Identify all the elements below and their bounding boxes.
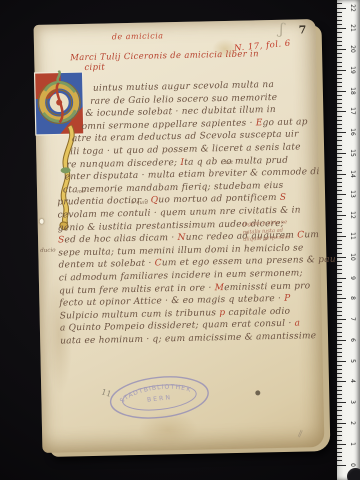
ruler-major-tick <box>337 444 346 445</box>
ruler-minor-tick <box>337 107 342 108</box>
ruler-minor-tick <box>337 74 342 75</box>
ruler-minor-tick <box>337 12 342 13</box>
ruler-minor-tick <box>337 182 342 183</box>
ruler-minor-tick <box>337 344 342 345</box>
ruler-major-tick <box>337 70 346 71</box>
ruler-minor-tick <box>337 307 342 308</box>
ruler-major-tick <box>337 298 346 299</box>
ruler-minor-tick <box>337 136 342 137</box>
ruler-minor-tick <box>337 178 342 179</box>
ruler-minor-tick <box>337 157 342 158</box>
ruler-number: 6 <box>348 334 356 346</box>
stamp-text-bottom: BERN <box>147 394 173 404</box>
ruler-minor-tick <box>337 170 342 171</box>
ruler-minor-tick <box>337 78 342 79</box>
ruler-major-tick <box>337 111 346 112</box>
ruler-minor-tick <box>337 32 342 33</box>
folio-number: 7 <box>299 23 307 36</box>
ruler-minor-tick <box>337 186 342 187</box>
ruler-minor-tick <box>337 66 342 67</box>
ruler-number: 0 <box>348 459 356 471</box>
ruler-minor-tick <box>337 431 342 432</box>
ruler-minor-tick <box>337 282 342 283</box>
ruler-major-tick <box>337 423 346 424</box>
ruler-minor-tick <box>337 16 342 17</box>
ruler-minor-tick <box>337 86 342 87</box>
ruler-minor-tick <box>337 448 342 449</box>
ruler-minor-tick <box>337 269 342 270</box>
ruler-minor-tick <box>337 161 342 162</box>
library-stamp: STADTBIBLIOTHEK BERN <box>105 369 213 426</box>
ruler-minor-tick <box>337 95 342 96</box>
ruler-minor-tick <box>337 327 342 328</box>
ruler-minor-tick <box>337 365 342 366</box>
ruler-minor-tick <box>337 165 342 166</box>
ruler-major-tick <box>337 153 346 154</box>
manuscript-page: de amicicia ʃ 7 N. 17, fol. 6 Marci Tuli… <box>34 19 325 453</box>
ruler-minor-tick <box>337 415 342 416</box>
ruler-number: 15 <box>348 147 356 159</box>
ruler-minor-tick <box>337 228 342 229</box>
ruler-minor-tick <box>337 294 342 295</box>
ruler-number: 22 <box>348 2 356 14</box>
ruler-minor-tick <box>337 3 342 4</box>
ruler-number: 14 <box>348 168 356 180</box>
ruler-minor-tick <box>337 120 342 121</box>
ruler-number: 16 <box>348 126 356 138</box>
ruler-number: 19 <box>348 64 356 76</box>
ruler-minor-tick <box>337 140 342 141</box>
interlinear-gloss: e quid <box>131 200 148 206</box>
ruler-minor-tick <box>337 149 342 150</box>
ruler-minor-tick <box>337 323 342 324</box>
ruler-minor-tick <box>337 390 342 391</box>
rubricated-letter: N <box>178 233 186 243</box>
ruler-major-tick <box>337 49 346 50</box>
text-segment: eminissti eum pro <box>224 281 310 293</box>
ruler-minor-tick <box>337 62 342 63</box>
ruler-number: 11 <box>348 230 356 242</box>
text-segment: re nunquam discedere; <box>66 158 180 170</box>
ruler-minor-tick <box>337 20 342 21</box>
ruler-minor-tick <box>337 386 342 387</box>
ruler-number: 10 <box>348 251 356 263</box>
ruler-minor-tick <box>337 190 342 191</box>
ruler-major-tick <box>337 340 346 341</box>
ruler-major-tick <box>337 236 346 237</box>
ruler-number: 3 <box>348 396 356 408</box>
ruler-minor-tick <box>337 398 342 399</box>
ruler-minor-tick <box>337 45 342 46</box>
ruler-minor-tick <box>337 211 342 212</box>
ruler-minor-tick <box>337 348 342 349</box>
text-segment: ta q ab eo multa prud <box>184 155 288 167</box>
ruler: 012345678910111213141516171819202122 <box>337 0 360 480</box>
parchment-stain <box>255 390 260 395</box>
ruler-minor-tick <box>337 373 342 374</box>
ruler-major-tick <box>337 174 346 175</box>
ruler-number: 20 <box>348 43 356 55</box>
ruler-minor-tick <box>337 356 342 357</box>
ruler-number: 8 <box>348 292 356 304</box>
ruler-minor-tick <box>337 336 342 337</box>
ruler-minor-tick <box>337 332 342 333</box>
ruler-minor-tick <box>337 377 342 378</box>
ruler-major-tick <box>337 257 346 258</box>
text-block: uintus mutius augur scevola multa narare… <box>55 78 308 348</box>
ruler-minor-tick <box>337 232 342 233</box>
ruler-minor-tick <box>337 99 342 100</box>
ruler-number: 1 <box>348 438 356 450</box>
pencil-squiggle: ʃ <box>278 20 285 38</box>
rubricated-letter: S <box>280 193 287 203</box>
ruler-minor-tick <box>337 410 342 411</box>
ruler-number: 18 <box>348 85 356 97</box>
ruler-minor-tick <box>337 452 342 453</box>
manuscript-photo: de amicicia ʃ 7 N. 17, fol. 6 Marci Tuli… <box>0 0 360 480</box>
ruler-minor-tick <box>337 53 342 54</box>
left-margin-gloss: ducio <box>40 248 55 254</box>
rubricated-letter: P <box>284 294 291 304</box>
ruler-minor-tick <box>337 427 342 428</box>
ruler-minor-tick <box>337 419 342 420</box>
ruler-number: 5 <box>348 355 356 367</box>
right-margin-note: Ingenii e uiris nenatalis iusta adaliqui… <box>242 218 309 244</box>
rubric-incipit-line1: Marci Tulij Ciceronis de amicicia liber … <box>70 49 259 63</box>
text-segment: capitale odio <box>225 306 290 317</box>
text-segment: um et ego essem una presens & pau <box>162 255 336 269</box>
ruler-minor-tick <box>337 265 342 266</box>
ruler-minor-tick <box>337 290 342 291</box>
ruler-major-tick <box>337 91 346 92</box>
interlinear-gloss: bat <box>224 160 233 166</box>
ruler-minor-tick <box>337 82 342 83</box>
ruler-minor-tick <box>337 203 342 204</box>
text-segment: dentem ut solebat · <box>58 259 154 271</box>
ruler-minor-tick <box>337 244 342 245</box>
ruler-minor-tick <box>337 253 342 254</box>
ruler-minor-tick <box>337 103 342 104</box>
ruler-minor-tick <box>337 369 342 370</box>
ruler-major-tick <box>337 381 346 382</box>
ruler-minor-tick <box>337 352 342 353</box>
ruler-minor-tick <box>337 435 342 436</box>
ruler-minor-tick <box>337 406 342 407</box>
ruler-minor-tick <box>337 460 342 461</box>
ruler-minor-tick <box>337 116 342 117</box>
ruler-major-tick <box>337 132 346 133</box>
ruler-minor-tick <box>337 248 342 249</box>
ruler-major-tick <box>337 194 346 195</box>
ruler-major-tick <box>337 319 346 320</box>
ruler-major-tick <box>337 361 346 362</box>
ruler-number: 9 <box>348 272 356 284</box>
ruler-minor-tick <box>337 302 342 303</box>
ruler-number: 13 <box>348 188 356 200</box>
text-segment: go aut ap <box>263 117 308 128</box>
ruler-minor-tick <box>337 394 342 395</box>
rubricated-letter: a <box>295 319 301 329</box>
text-segment: uo mortuo ad pontificem <box>158 193 280 206</box>
ruler-minor-tick <box>337 128 342 129</box>
ruler-minor-tick <box>337 440 342 441</box>
corner-flourish: ∥ <box>297 429 304 439</box>
ruler-minor-tick <box>337 273 342 274</box>
ruler-major-tick <box>337 215 346 216</box>
ruler-number: 21 <box>348 22 356 34</box>
ruler-number: 7 <box>348 313 356 325</box>
ruler-minor-tick <box>337 124 342 125</box>
ruler-major-tick <box>337 8 346 9</box>
ruler-major-tick <box>337 278 346 279</box>
ruler-minor-tick <box>337 207 342 208</box>
text-segment: ed de hoc alias dicam · <box>64 233 177 245</box>
ruler-minor-tick <box>337 37 342 38</box>
ruler-minor-tick <box>337 261 342 262</box>
ruler-minor-tick <box>337 41 342 42</box>
ruler-number: 2 <box>348 417 356 429</box>
rubricated-letter: M <box>215 283 225 293</box>
ruler-minor-tick <box>337 57 342 58</box>
ruler-minor-tick <box>337 199 342 200</box>
ruler-number: 17 <box>348 105 356 117</box>
ruler-number: 12 <box>348 209 356 221</box>
ruler-major-tick <box>337 28 346 29</box>
ruler-minor-tick <box>337 311 342 312</box>
ruler-number: 4 <box>348 375 356 387</box>
ruler-minor-tick <box>337 224 342 225</box>
running-title: de amicicia <box>112 30 232 42</box>
ruler-minor-tick <box>337 286 342 287</box>
ruler-minor-tick <box>337 456 342 457</box>
ruler-minor-tick <box>337 24 342 25</box>
ruler-minor-tick <box>337 145 342 146</box>
interlinear-gloss: me <box>77 189 85 195</box>
ruler-minor-tick <box>337 219 342 220</box>
ruler-major-tick <box>337 465 346 466</box>
ruler-minor-tick <box>337 240 342 241</box>
ruler-minor-tick <box>337 315 342 316</box>
ruler-major-tick <box>337 402 346 403</box>
